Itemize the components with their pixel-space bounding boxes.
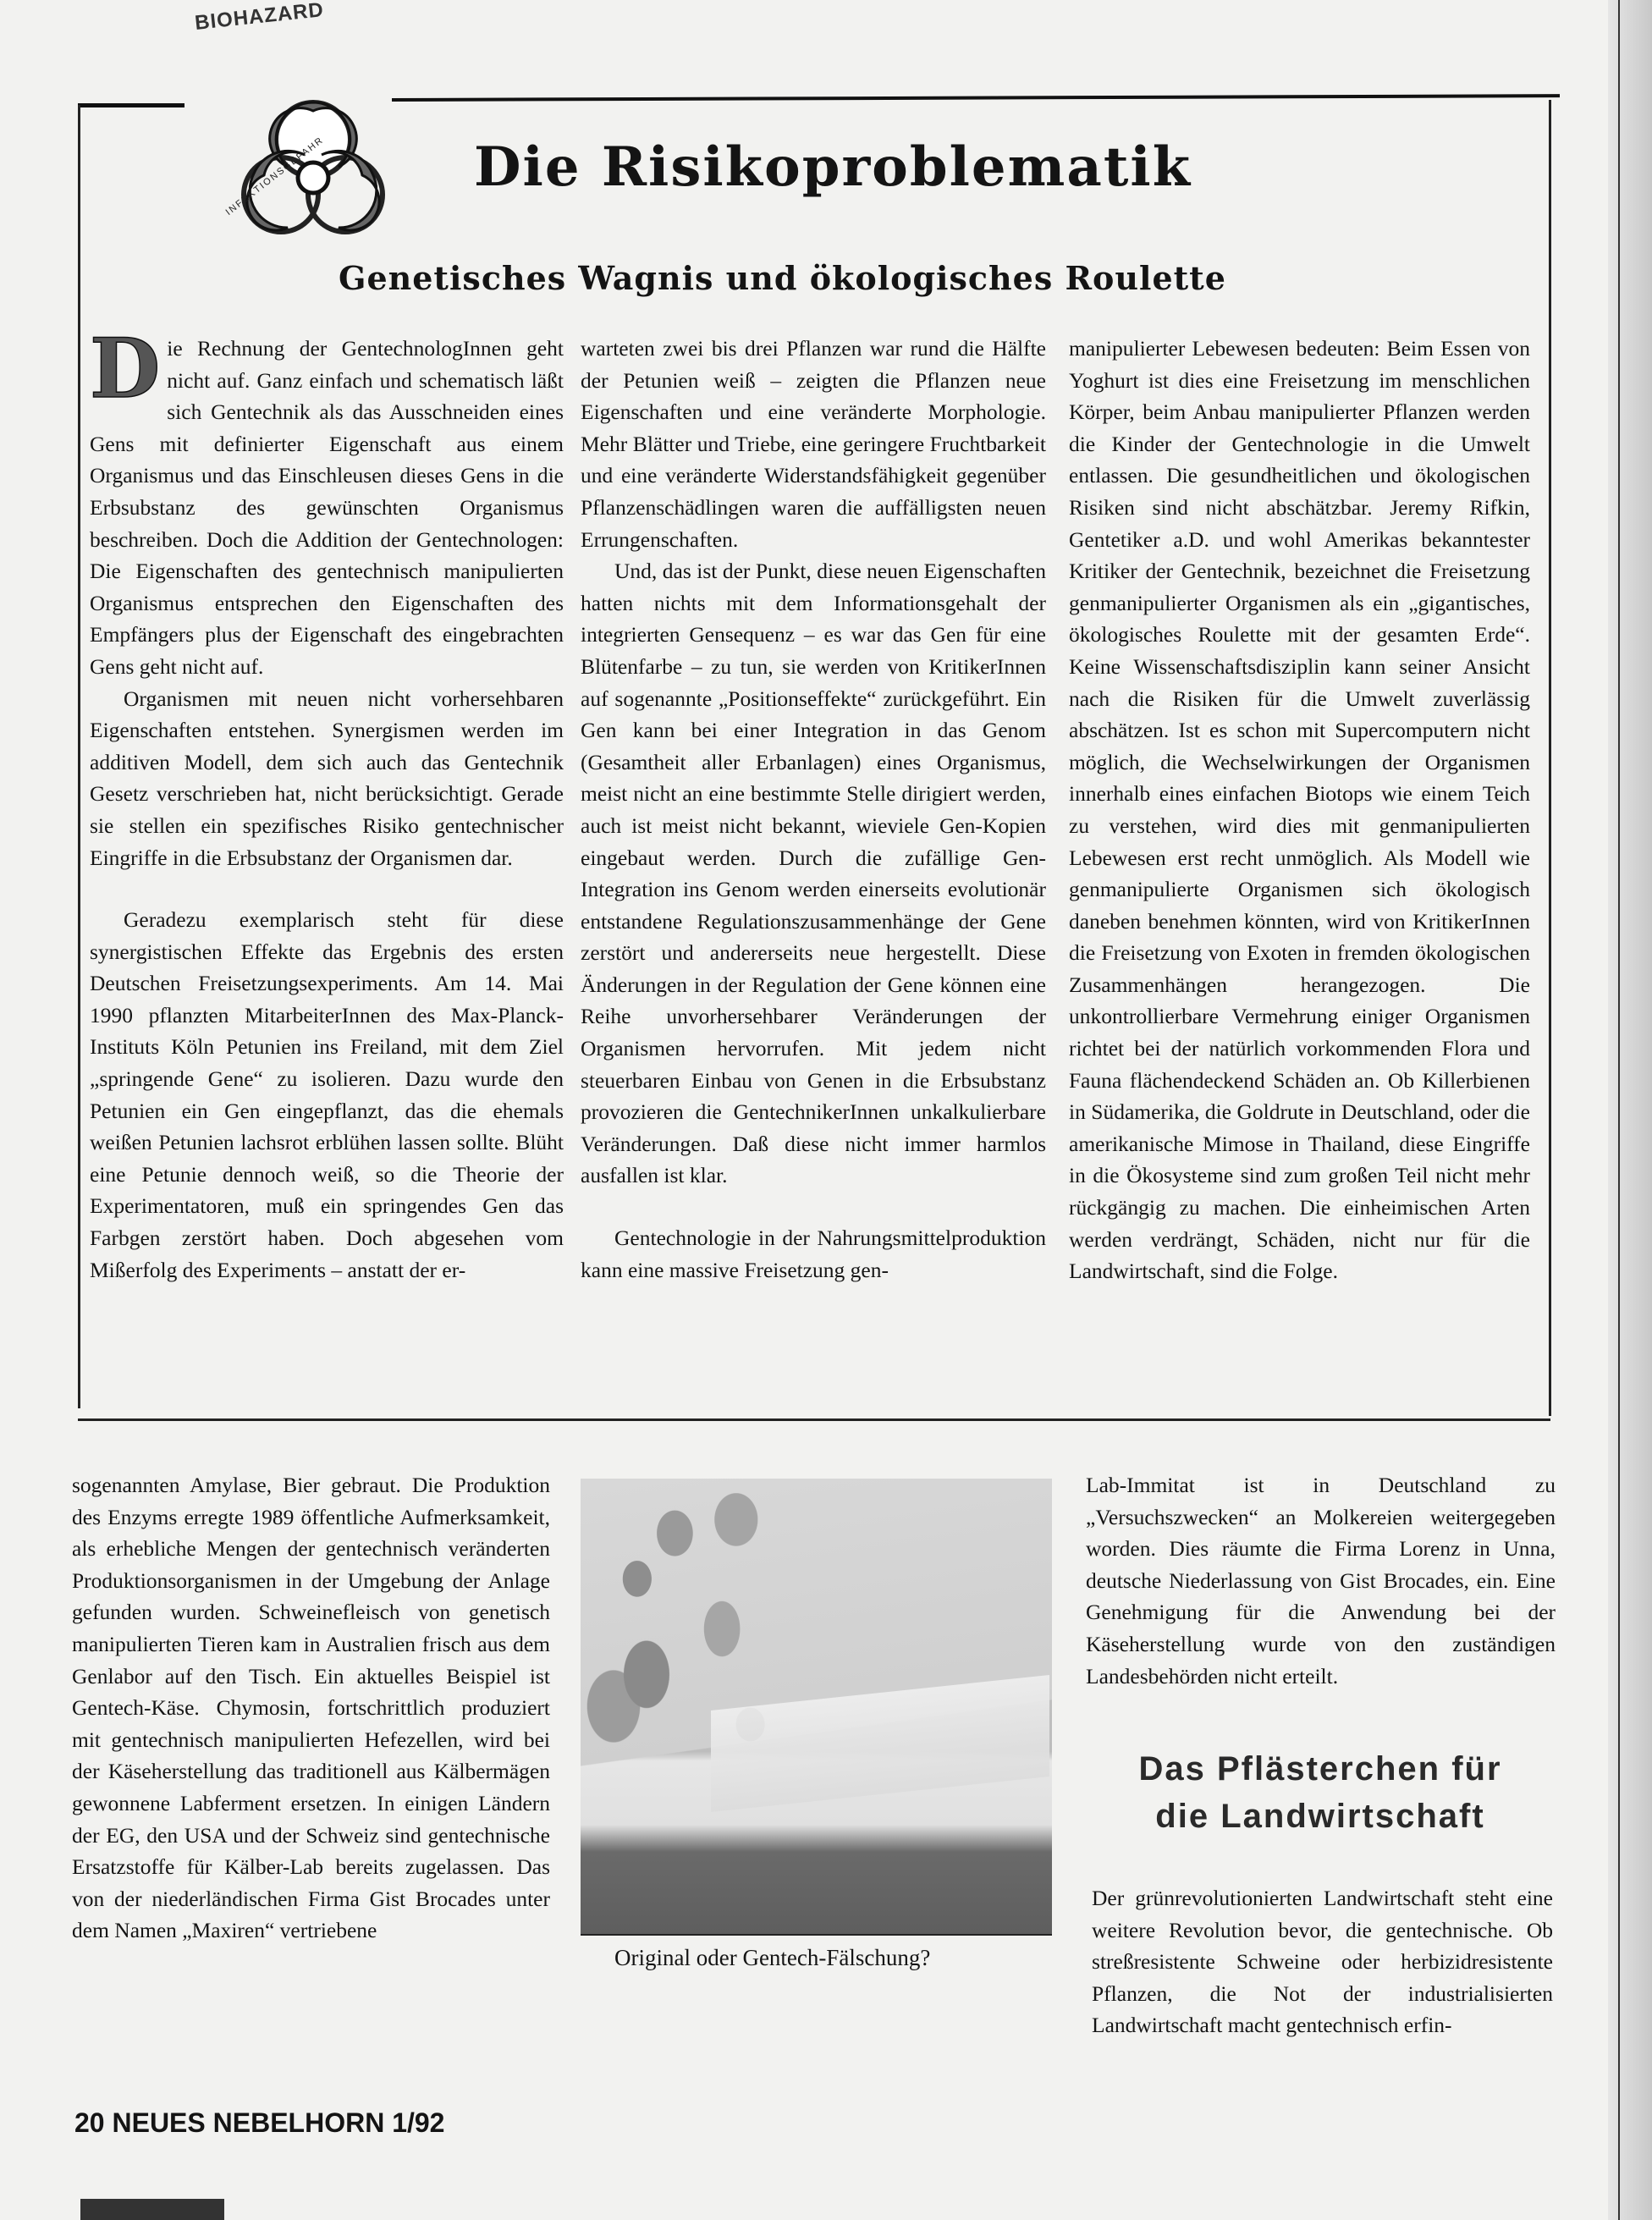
paragraph: Organismen mit neuen nicht vorhersehbare… (90, 683, 564, 874)
paragraph: Lab-Immitat ist in Deutschland zu „Versu… (1086, 1469, 1556, 1692)
paragraph: Die Rechnung der GentechnologInnen geht … (90, 333, 564, 683)
article-subtitle: Genetisches Wagnis und ökologisches Roul… (339, 259, 1226, 297)
drop-cap: D (90, 336, 160, 402)
biohazard-icon (229, 80, 398, 284)
lower-column-1: sogenannten Amylase, Bier gebraut. Die P… (72, 1469, 550, 1947)
frame-rule-left (78, 105, 80, 1408)
next-page-fragment (80, 2199, 224, 2220)
column-2: warteten zwei bis drei Pflanzen war rund… (581, 333, 1046, 1286)
frame-rule-bottom (78, 1418, 1550, 1421)
page-edge-line (1618, 0, 1620, 2220)
paragraph: Der grünrevolutionierten Landwirtschaft … (1092, 1882, 1553, 2041)
paragraph: Und, das ist der Punkt, diese neuen Eige… (581, 555, 1046, 1192)
article-title: Die Risikoproblematik (474, 135, 1192, 199)
section-text: Der grünrevolutionierten Landwirtschaft … (1092, 1882, 1553, 2041)
photo-caption: Original oder Gentech-Fälschung? (614, 1945, 930, 1971)
page-footer: 20 NEUES NEBELHORN 1/92 (74, 2107, 444, 2139)
biohazard-stamp: BIOHAZARD (194, 0, 325, 36)
section-heading: Das Pflästerchen für die Landwirtschaft (1092, 1745, 1549, 1840)
paragraph: Geradezu exemplarisch steht für diese sy… (90, 904, 564, 1286)
page-edge-shadow (1608, 0, 1652, 2220)
frame-rule-top-left (78, 103, 184, 107)
paragraph: warteten zwei bis drei Pflanzen war rund… (581, 333, 1046, 555)
paragraph: manipulierter Lebewesen bedeuten: Beim E… (1069, 333, 1530, 1287)
lower-column-3: Lab-Immitat ist in Deutschland zu „Versu… (1086, 1469, 1556, 1692)
column-3: manipulierter Lebewesen bedeuten: Beim E… (1069, 333, 1530, 1287)
column-1: Die Rechnung der GentechnologInnen geht … (90, 333, 564, 1286)
frame-rule-right (1549, 100, 1551, 1416)
paragraph: Gentechnologie in der Nahrungsmittelprod… (581, 1222, 1046, 1286)
frame-rule-top-right (392, 94, 1560, 102)
paragraph: sogenannten Amylase, Bier gebraut. Die P… (72, 1469, 550, 1947)
